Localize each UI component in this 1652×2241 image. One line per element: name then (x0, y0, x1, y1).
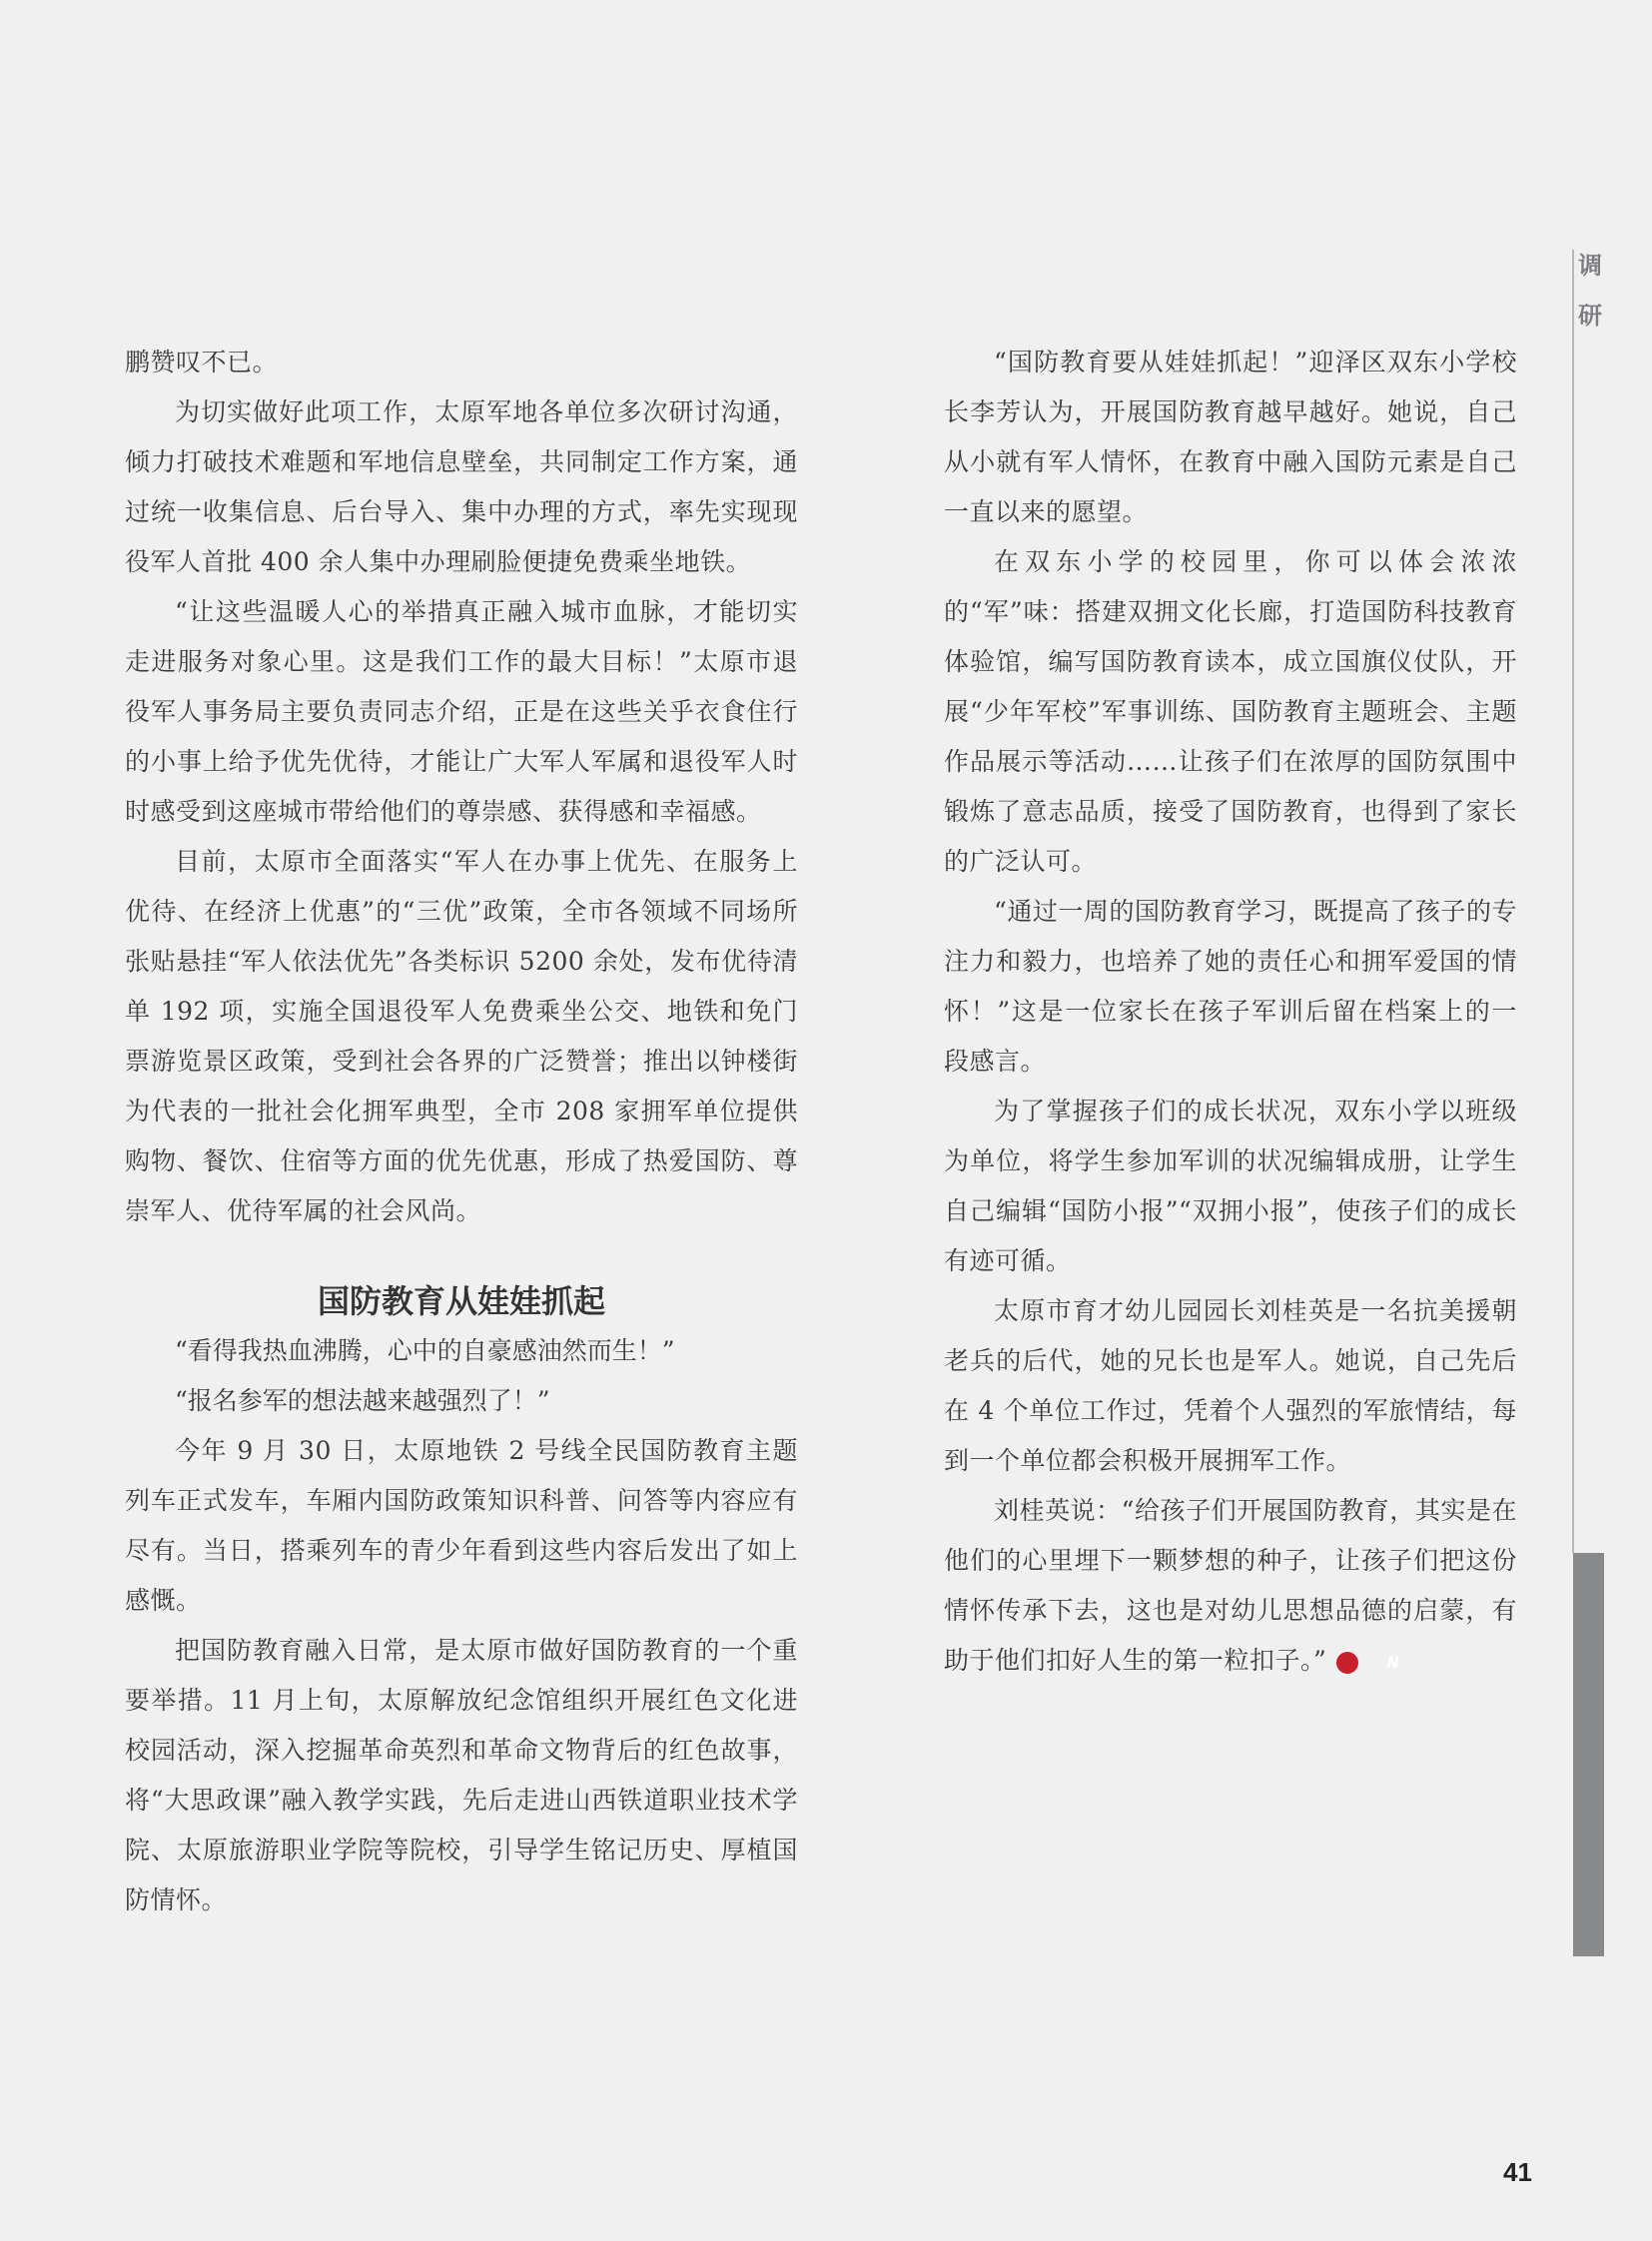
section-tab-bar (1573, 1553, 1604, 1956)
section-tab-char-1: 调 (1578, 246, 1602, 281)
section-tab-rule (1572, 250, 1574, 1553)
quote-line: “报名参军的想法越来越强烈了！” (125, 1376, 798, 1426)
paragraph: 为切实做好此项工作，太原军地各单位多次研讨沟通，倾力打破技术难题和军地信息壁垒，… (125, 387, 798, 587)
page-number: 41 (1503, 2157, 1532, 2188)
paragraph: “通过一周的国防教育学习，既提高了孩子的专注力和毅力，也培养了她的责任心和拥军爱… (944, 887, 1517, 1087)
paragraph: 太原市育才幼儿园园长刘桂英是一名抗美援朝老兵的后代，她的兄长也是军人。她说，自己… (944, 1286, 1517, 1486)
paragraph: 今年 9 月 30 日，太原地铁 2 号线全民国防教育主题列车正式发车，车厢内国… (125, 1426, 798, 1626)
paragraph: 目前，太原市全面落实“军人在办事上优先、在服务上优待、在经济上优惠”的“三优”政… (125, 837, 798, 1236)
section-tab-char-2: 研 (1578, 296, 1602, 331)
paragraph: 为了掌握孩子们的成长状况，双东小学以班级为单位，将学生参加军训的状况编辑成册，让… (944, 1087, 1517, 1286)
paragraph-last: 刘桂英说：“给孩子们开展国防教育，其实是在他们的心里埋下一颗梦想的种子，让孩子们… (944, 1486, 1517, 1686)
paragraph-text: 刘桂英说：“给孩子们开展国防教育，其实是在他们的心里埋下一颗梦想的种子，让孩子们… (944, 1496, 1517, 1675)
paragraph: 鹏赞叹不已。 (125, 338, 798, 387)
paragraph: 把国防教育融入日常，是太原市做好国防教育的一个重要举措。11 月上旬，太原解放纪… (125, 1626, 798, 1925)
right-column: “国防教育要从娃娃抓起！”迎泽区双东小学校长李芳认为，开展国防教育越早越好。她说… (944, 338, 1517, 1686)
end-of-article-mark-icon: N (1336, 1652, 1358, 1674)
section-heading: 国防教育从娃娃抓起 (125, 1236, 798, 1326)
left-column: 鹏赞叹不已。 为切实做好此项工作，太原军地各单位多次研讨沟通，倾力打破技术难题和… (125, 338, 798, 1925)
paragraph: “国防教育要从娃娃抓起！”迎泽区双东小学校长李芳认为，开展国防教育越早越好。她说… (944, 338, 1517, 537)
paragraph: 在双东小学的校园里，你可以体会浓浓的“军”味：搭建双拥文化长廊，打造国防科技教育… (944, 537, 1517, 887)
paragraph: “让这些温暖人心的举措真正融入城市血脉，才能切实走进服务对象心里。这是我们工作的… (125, 587, 798, 837)
quote-line: “看得我热血沸腾，心中的自豪感油然而生！” (125, 1326, 798, 1376)
